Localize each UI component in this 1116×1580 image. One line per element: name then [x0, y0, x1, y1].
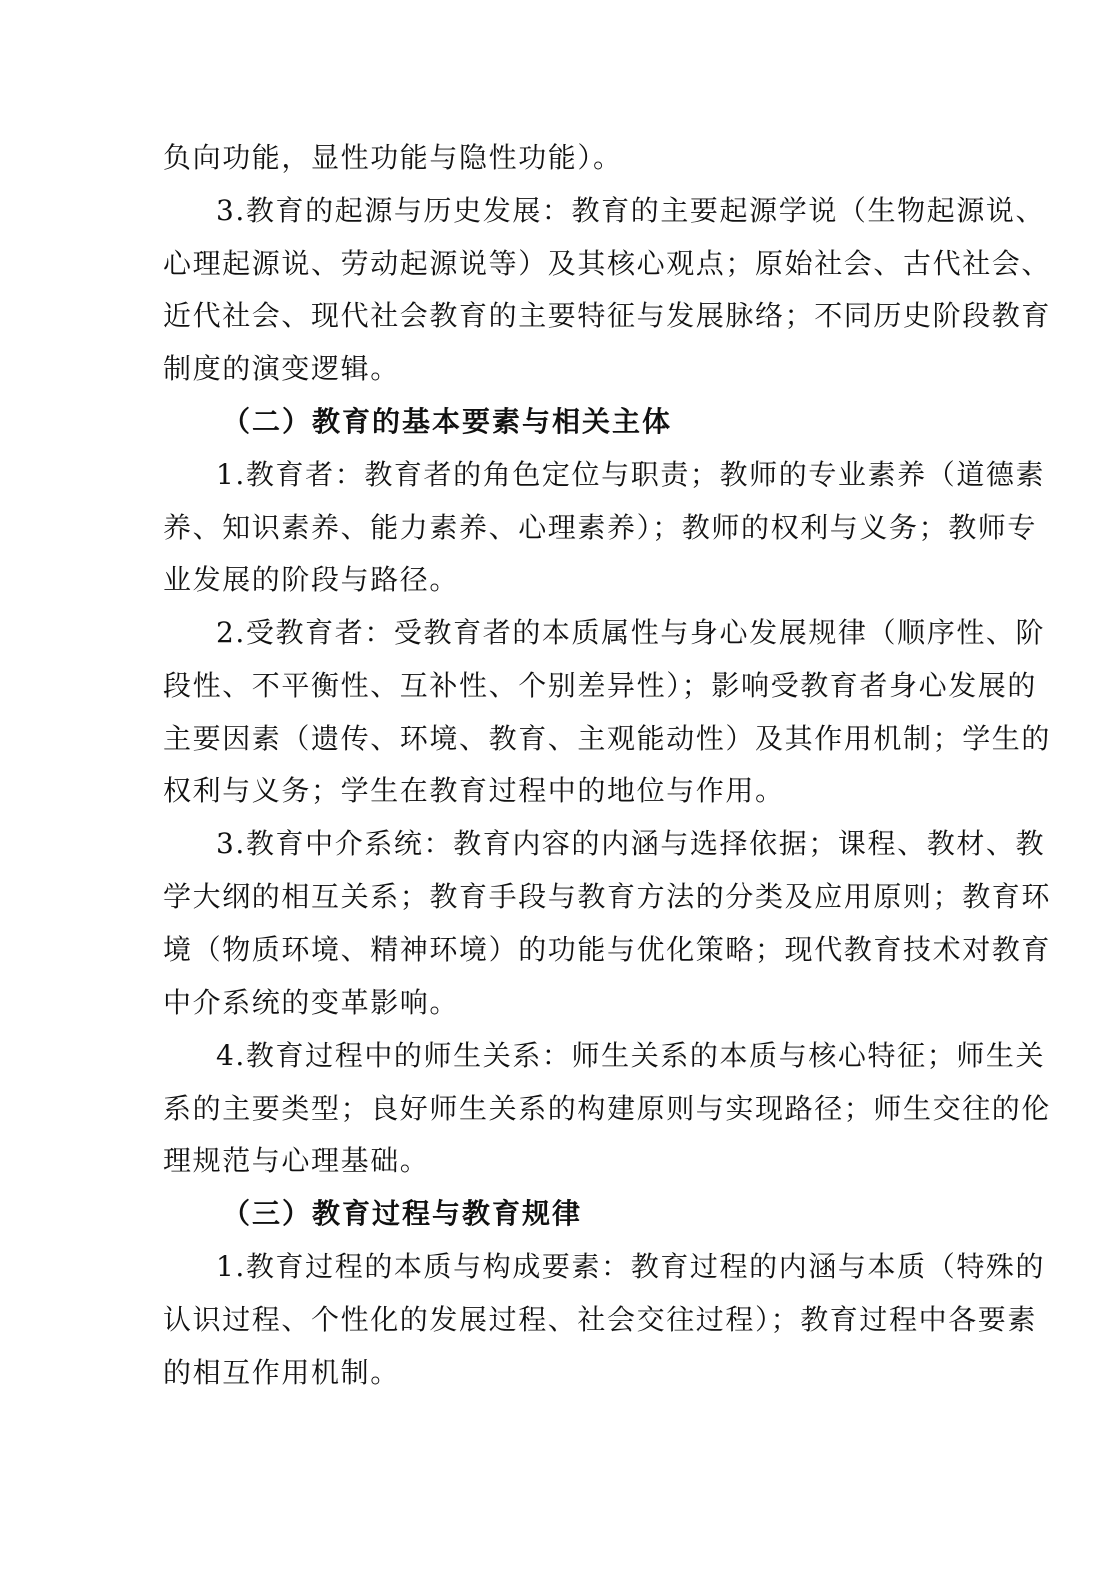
paragraph-line: 主要因素（遗传、环境、教育、主观能动性）及其作用机制；学生的 — [163, 719, 953, 759]
paragraph-line: 近代社会、现代社会教育的主要特征与发展脉络；不同历史阶段教育 — [163, 296, 953, 336]
paragraph-line: 业发展的阶段与路径。 — [163, 560, 953, 600]
paragraph-line: 认识过程、个性化的发展过程、社会交往过程）；教育过程中各要素 — [163, 1300, 953, 1340]
paragraph-line: 3.教育的起源与历史发展：教育的主要起源学说（生物起源说、 — [216, 191, 953, 231]
paragraph-line: 系的主要类型；良好师生关系的构建原则与实现路径；师生交往的伦 — [163, 1089, 953, 1129]
paragraph-line: 1.教育者：教育者的角色定位与职责；教师的专业素养（道德素 — [216, 455, 953, 495]
section-heading: （二）教育的基本要素与相关主体 — [222, 402, 1012, 442]
paragraph-line: 负向功能，显性功能与隐性功能）。 — [163, 138, 953, 178]
paragraph-line: 中介系统的变革影响。 — [163, 983, 953, 1023]
paragraph-line: 段性、不平衡性、互补性、个别差异性）；影响受教育者身心发展的 — [163, 666, 953, 706]
paragraph-line: 理规范与心理基础。 — [163, 1141, 953, 1181]
paragraph-line: 1.教育过程的本质与构成要素：教育过程的内涵与本质（特殊的 — [216, 1247, 953, 1287]
paragraph-line: 2.受教育者：受教育者的本质属性与身心发展规律（顺序性、阶 — [216, 613, 953, 653]
section-heading: （三）教育过程与教育规律 — [222, 1194, 1012, 1234]
paragraph-line: 制度的演变逻辑。 — [163, 349, 953, 389]
paragraph-line: 学大纲的相互关系；教育手段与教育方法的分类及应用原则；教育环 — [163, 877, 953, 917]
paragraph-line: 的相互作用机制。 — [163, 1353, 953, 1393]
paragraph-line: 心理起源说、劳动起源说等）及其核心观点；原始社会、古代社会、 — [163, 244, 953, 284]
paragraph-line: 3.教育中介系统：教育内容的内涵与选择依据；课程、教材、教 — [216, 824, 953, 864]
paragraph-line: 境（物质环境、精神环境）的功能与优化策略；现代教育技术对教育 — [163, 930, 953, 970]
paragraph-line: 养、知识素养、能力素养、心理素养）；教师的权利与义务；教师专 — [163, 508, 953, 548]
document-page: 负向功能，显性功能与隐性功能）。 3.教育的起源与历史发展：教育的主要起源学说（… — [0, 0, 1116, 1580]
paragraph-line: 4.教育过程中的师生关系：师生关系的本质与核心特征；师生关 — [216, 1036, 953, 1076]
paragraph-line: 权利与义务；学生在教育过程中的地位与作用。 — [163, 771, 953, 811]
